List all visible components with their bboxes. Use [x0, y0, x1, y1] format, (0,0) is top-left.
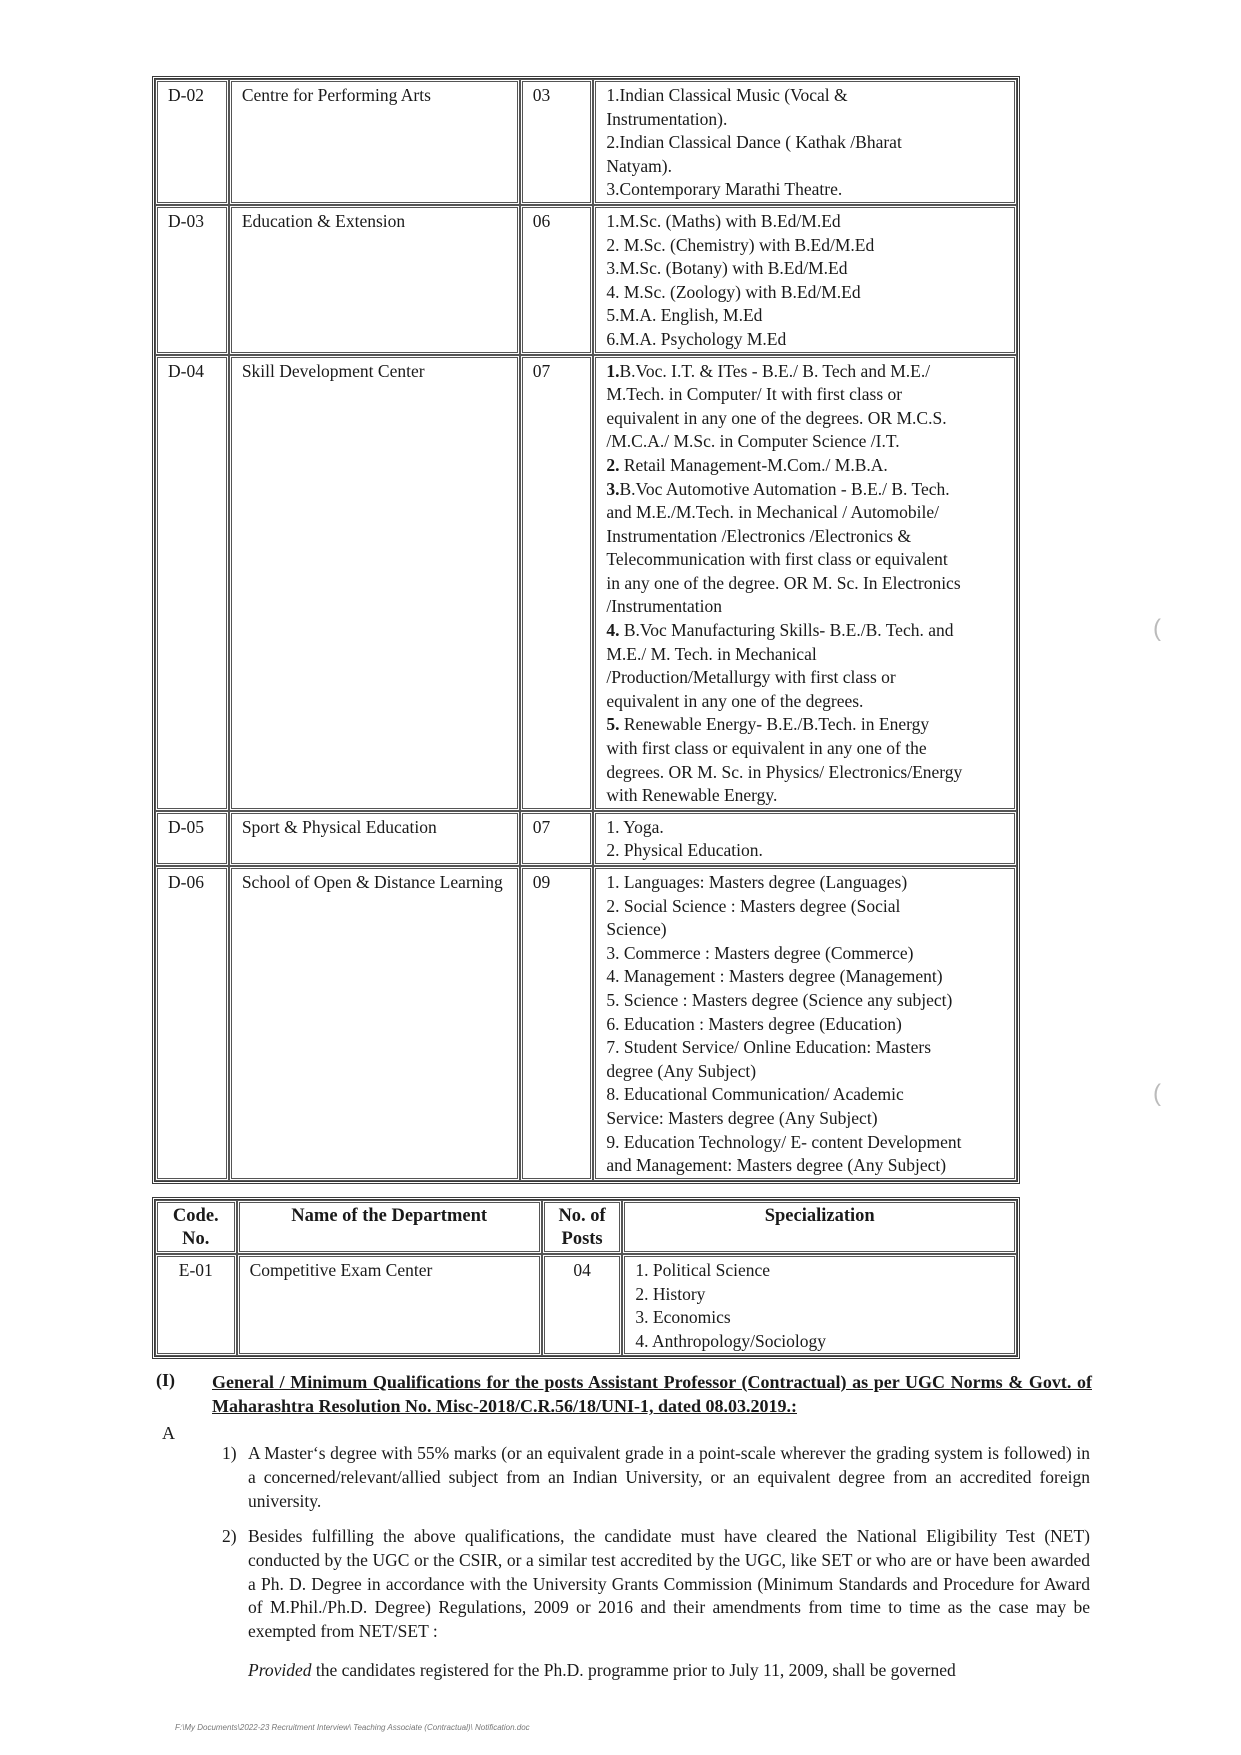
- specialization-line: equivalent in any one of the degrees.: [606, 690, 1004, 714]
- specialization-line: 3. Economics: [635, 1306, 1004, 1330]
- specialization-line: 4. B.Voc Manufacturing Skills- B.E./B. T…: [606, 619, 1004, 643]
- specialization-line: 3.B.Voc Automotive Automation - B.E./ B.…: [606, 478, 1004, 502]
- point-number: 1): [222, 1442, 237, 1466]
- specialization-line: 4. Management : Masters degree (Manageme…: [606, 965, 1004, 989]
- specialization-line: 5. Science : Masters degree (Science any…: [606, 989, 1004, 1013]
- specialization-line: 9. Education Technology/ E- content Deve…: [606, 1131, 1004, 1155]
- table-row: D-03Education & Extension061.M.Sc. (Math…: [155, 205, 1017, 355]
- item-number: 3.: [606, 479, 619, 499]
- specialization-line: Natyam).: [606, 155, 1004, 179]
- specialization-line: 2.Indian Classical Dance ( Kathak /Bhara…: [606, 131, 1004, 155]
- specialization-line: 1.M.Sc. (Maths) with B.Ed/M.Ed: [606, 210, 1004, 234]
- specialization-line: 3. Commerce : Masters degree (Commerce): [606, 942, 1004, 966]
- cell-posts: 09: [520, 866, 594, 1181]
- cell-department: Centre for Performing Arts: [229, 79, 520, 205]
- cell-specialization: 1. Political Science2. History3. Economi…: [622, 1254, 1017, 1356]
- specialization-line: equivalent in any one of the degrees. OR…: [606, 407, 1004, 431]
- specialization-line: /M.C.A./ M.Sc. in Computer Science /I.T.: [606, 430, 1004, 454]
- cell-department: Sport & Physical Education: [229, 811, 520, 866]
- table-row: D-06School of Open & Distance Learning09…: [155, 866, 1017, 1181]
- specialization-line: with Renewable Energy.: [606, 784, 1004, 808]
- header-posts: No. of Posts: [542, 1200, 623, 1254]
- specialization-line: with first class or equivalent in any on…: [606, 737, 1004, 761]
- specialization-line: and Management: Masters degree (Any Subj…: [606, 1154, 1004, 1178]
- document-page: D-02Centre for Performing Arts031.Indian…: [0, 0, 1241, 1755]
- table-row: E-01Competitive Exam Center041. Politica…: [155, 1254, 1017, 1356]
- item-number: 2.: [606, 455, 619, 475]
- specialization-line: in any one of the degree. OR M. Sc. In E…: [606, 572, 1004, 596]
- specialization-line: 1. Political Science: [635, 1259, 1004, 1283]
- specialization-line: degree (Any Subject): [606, 1060, 1004, 1084]
- table-row: D-02Centre for Performing Arts031.Indian…: [155, 79, 1017, 205]
- cell-code: D-04: [155, 355, 229, 811]
- cell-department: Skill Development Center: [229, 355, 520, 811]
- specialization-line: 6. Education : Masters degree (Education…: [606, 1013, 1004, 1037]
- specialization-line: 1. Languages: Masters degree (Languages): [606, 871, 1004, 895]
- cell-posts: 07: [520, 811, 594, 866]
- specialization-line: Instrumentation /Electronics /Electronic…: [606, 525, 1004, 549]
- cell-code: D-02: [155, 79, 229, 205]
- specialization-line: 2. Physical Education.: [606, 839, 1004, 863]
- specialization-line: 1.B.Voc. I.T. & ITes - B.E./ B. Tech and…: [606, 360, 1004, 384]
- specialization-line: 2. History: [635, 1283, 1004, 1307]
- point-text: Besides fulfilling the above qualificati…: [248, 1525, 1090, 1644]
- item-number: 4.: [606, 620, 619, 640]
- subsection-label: A: [162, 1423, 175, 1444]
- cell-department: Competitive Exam Center: [237, 1254, 542, 1356]
- specialization-line: Science): [606, 918, 1004, 942]
- specialization-line: 4. Anthropology/Sociology: [635, 1330, 1004, 1354]
- qualification-point-2: 2) Besides fulfilling the above qualific…: [222, 1525, 1090, 1644]
- specialization-line: /Instrumentation: [606, 595, 1004, 619]
- cell-specialization: 1. Languages: Masters degree (Languages)…: [593, 866, 1017, 1181]
- cell-specialization: 1. Yoga.2. Physical Education.: [593, 811, 1017, 866]
- cell-posts: 06: [520, 205, 594, 355]
- header-department: Name of the Department: [237, 1200, 542, 1254]
- specialization-line: 3.M.Sc. (Botany) with B.Ed/M.Ed: [606, 257, 1004, 281]
- footer-file-path: F:\My Documents\2022-23 Recruitment Inte…: [175, 1723, 530, 1732]
- specialization-line: 7. Student Service/ Online Education: Ma…: [606, 1036, 1004, 1060]
- specialization-line: 3.Contemporary Marathi Theatre.: [606, 178, 1004, 202]
- specialization-line: Instrumentation).: [606, 108, 1004, 132]
- item-number: 1.: [606, 361, 619, 381]
- cell-specialization: 1.B.Voc. I.T. & ITes - B.E./ B. Tech and…: [593, 355, 1017, 811]
- specialization-line: 1. Yoga.: [606, 816, 1004, 840]
- cell-posts: 07: [520, 355, 594, 811]
- cell-posts: 04: [542, 1254, 623, 1356]
- specialization-line: Service: Masters degree (Any Subject): [606, 1107, 1004, 1131]
- cell-code: E-01: [155, 1254, 237, 1356]
- cell-specialization: 1.M.Sc. (Maths) with B.Ed/M.Ed2. M.Sc. (…: [593, 205, 1017, 355]
- specialization-line: Telecommunication with first class or eq…: [606, 548, 1004, 572]
- section-number: (I): [156, 1370, 175, 1391]
- specialization-line: M.Tech. in Computer/ It with first class…: [606, 383, 1004, 407]
- cell-posts: 03: [520, 79, 594, 205]
- departments-table-e: Code. No. Name of the Department No. of …: [152, 1197, 1020, 1359]
- specialization-line: 2. M.Sc. (Chemistry) with B.Ed/M.Ed: [606, 234, 1004, 258]
- section-heading-text: General / Minimum Qualifications for the…: [212, 1370, 1092, 1418]
- cell-department: Education & Extension: [229, 205, 520, 355]
- specialization-line: 2. Social Science : Masters degree (Soci…: [606, 895, 1004, 919]
- table-header-row: Code. No. Name of the Department No. of …: [155, 1200, 1017, 1254]
- specialization-line: 2. Retail Management-M.Com./ M.B.A.: [606, 454, 1004, 478]
- specialization-line: degrees. OR M. Sc. in Physics/ Electroni…: [606, 761, 1004, 785]
- scan-mark: (: [1153, 615, 1161, 643]
- specialization-line: 5. Renewable Energy- B.E./B.Tech. in Ene…: [606, 713, 1004, 737]
- point-text: A Master‘s degree with 55% marks (or an …: [248, 1442, 1090, 1513]
- specialization-line: 6.M.A. Psychology M.Ed: [606, 328, 1004, 352]
- specialization-line: /Production/Metallurgy with first class …: [606, 666, 1004, 690]
- cell-code: D-05: [155, 811, 229, 866]
- proviso-italic: Provided: [248, 1660, 312, 1680]
- point-number: 2): [222, 1525, 237, 1549]
- specialization-line: M.E./ M. Tech. in Mechanical: [606, 643, 1004, 667]
- table-row: D-05Sport & Physical Education071. Yoga.…: [155, 811, 1017, 866]
- specialization-line: 5.M.A. English, M.Ed: [606, 304, 1004, 328]
- item-number: 5.: [606, 714, 619, 734]
- cell-code: D-06: [155, 866, 229, 1181]
- table-row: D-04Skill Development Center071.B.Voc. I…: [155, 355, 1017, 811]
- qualification-point-1: 1) A Master‘s degree with 55% marks (or …: [222, 1442, 1090, 1513]
- header-specialization: Specialization: [622, 1200, 1017, 1254]
- cell-department: School of Open & Distance Learning: [229, 866, 520, 1181]
- proviso-text: the candidates registered for the Ph.D. …: [312, 1660, 956, 1680]
- header-code: Code. No.: [155, 1200, 237, 1254]
- specialization-line: 1.Indian Classical Music (Vocal &: [606, 84, 1004, 108]
- proviso-paragraph: Provided the candidates registered for t…: [248, 1659, 1088, 1683]
- scan-mark: (: [1153, 1080, 1161, 1108]
- departments-table-d: D-02Centre for Performing Arts031.Indian…: [152, 76, 1020, 1184]
- cell-code: D-03: [155, 205, 229, 355]
- specialization-line: and M.E./M.Tech. in Mechanical / Automob…: [606, 501, 1004, 525]
- cell-specialization: 1.Indian Classical Music (Vocal &Instrum…: [593, 79, 1017, 205]
- specialization-line: 8. Educational Communication/ Academic: [606, 1083, 1004, 1107]
- specialization-line: 4. M.Sc. (Zoology) with B.Ed/M.Ed: [606, 281, 1004, 305]
